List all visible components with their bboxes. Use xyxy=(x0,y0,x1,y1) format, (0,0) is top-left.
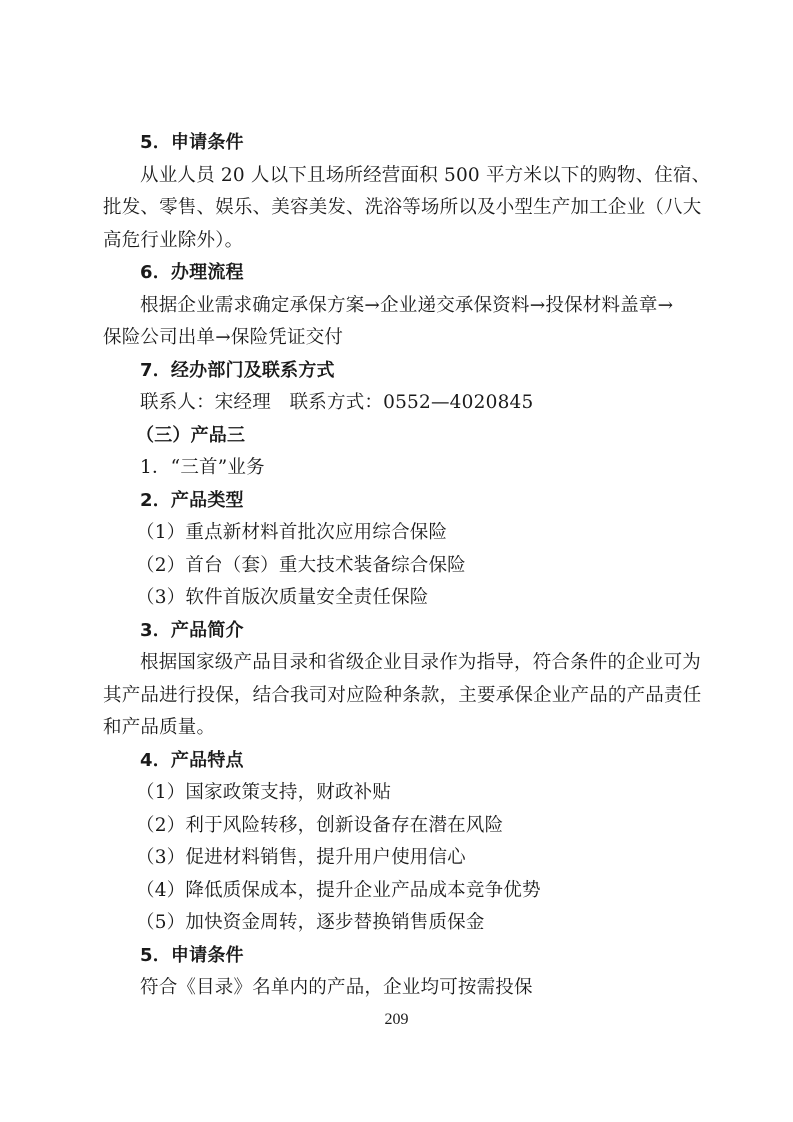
heading-product-three: （三）产品三 xyxy=(136,424,726,448)
list-item: （1）国家政策支持，财政补贴 xyxy=(136,781,726,805)
heading-process: 6．办理流程 xyxy=(140,261,730,285)
paragraph-line: 高危行业除外）。 xyxy=(103,229,693,253)
list-item: （2）利于风险转移，创新设备存在潜在风险 xyxy=(136,814,726,838)
heading-application-conditions: 5．申请条件 xyxy=(140,131,730,155)
list-item: （3）软件首版次质量安全责任保险 xyxy=(136,586,726,610)
paragraph-line: 其产品进行投保，结合我司对应险种条款，主要承保企业产品的产品责任 xyxy=(103,684,693,708)
paragraph-line: 和产品质量。 xyxy=(103,716,693,740)
heading-contact: 7．经办部门及联系方式 xyxy=(140,359,730,383)
list-item: （2）首台（套）重大技术装备综合保险 xyxy=(136,554,726,578)
page-number: 209 xyxy=(0,1011,793,1029)
list-item: （4）降低质保成本，提升企业产品成本竞争优势 xyxy=(136,879,726,903)
paragraph-line: 保险公司出单→保险凭证交付 xyxy=(103,326,693,350)
paragraph-line: 根据国家级产品目录和省级企业目录作为指导，符合条件的企业可为 xyxy=(140,651,730,675)
paragraph-line: 从业人员 20 人以下且场所经营面积 500 平方米以下的购物、住宿、 xyxy=(140,164,730,188)
heading-product-features: 4．产品特点 xyxy=(140,749,730,773)
paragraph-line: 批发、零售、娱乐、美容美发、洗浴等场所以及小型生产加工企业（八大 xyxy=(103,196,693,220)
contact-line: 联系人：宋经理 联系方式：0552—4020845 xyxy=(140,391,730,415)
list-item: （1）重点新材料首批次应用综合保险 xyxy=(136,521,726,545)
heading-product-intro: 3．产品简介 xyxy=(140,619,730,643)
document-page: 5．申请条件 从业人员 20 人以下且场所经营面积 500 平方米以下的购物、住… xyxy=(0,0,793,1122)
paragraph-line: 符合《目录》名单内的产品，企业均可按需投保 xyxy=(140,976,730,1000)
list-item: （3）促进材料销售，提升用户使用信心 xyxy=(136,846,726,870)
paragraph-line: 1．“三首”业务 xyxy=(140,456,730,480)
paragraph-line: 根据企业需求确定承保方案→企业递交承保资料→投保材料盖章→ xyxy=(140,294,730,318)
list-item: （5）加快资金周转，逐步替换销售质保金 xyxy=(136,911,726,935)
heading-product-types: 2．产品类型 xyxy=(140,489,730,513)
heading-application-conditions-2: 5．申请条件 xyxy=(140,944,730,968)
